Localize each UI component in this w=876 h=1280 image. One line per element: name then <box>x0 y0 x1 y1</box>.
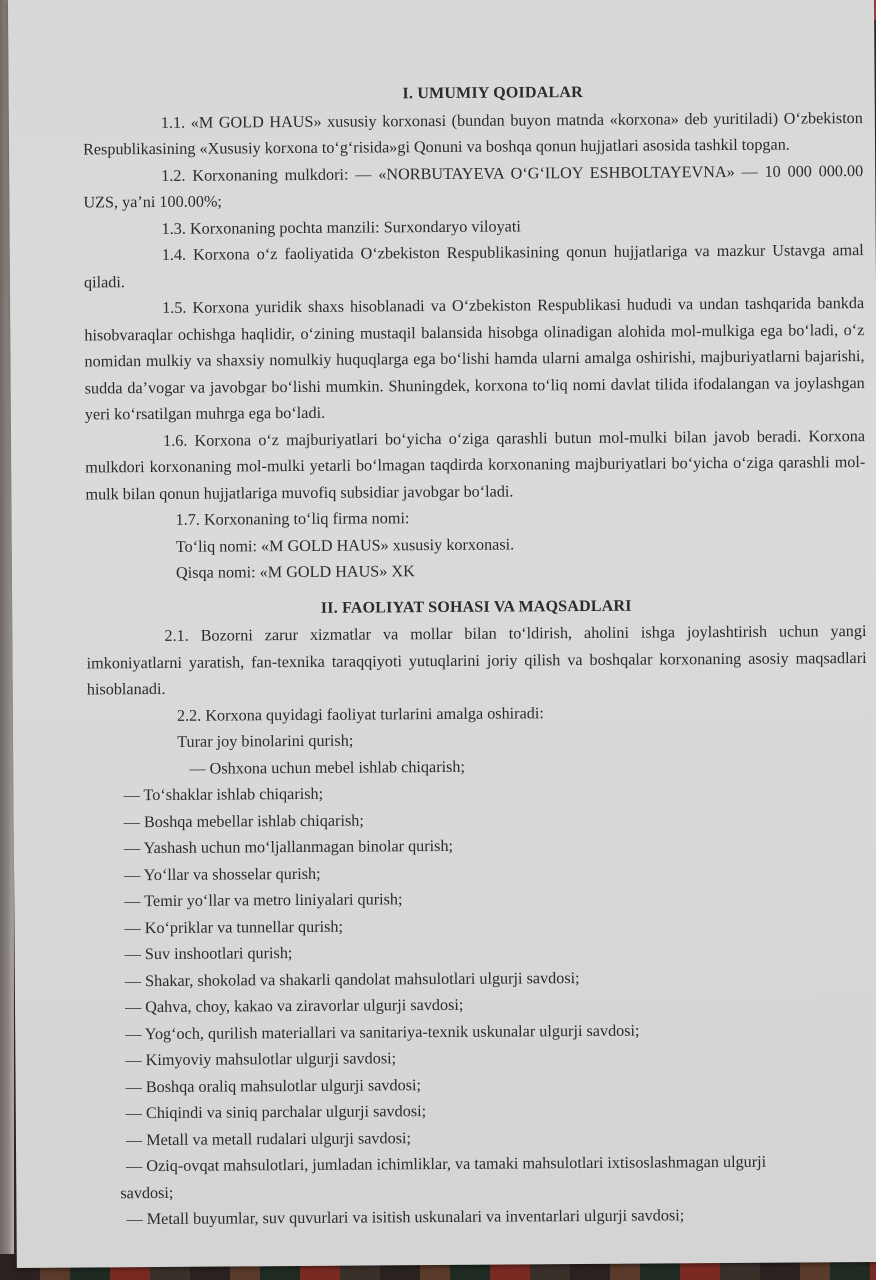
document-page: I. UMUMIY QOIDALAR 1.1. «M GOLD HAUS» xu… <box>8 0 876 1268</box>
clause-1-1: 1.1. «M GOLD HAUS» xususiy korxonasi (bu… <box>83 105 863 163</box>
clause-1-5: 1.5. Korxona yuridik shaxs hisoblanadi v… <box>84 290 865 428</box>
activity-item-wrapped: — Oziq-ovqat mahsulotlari, jumladan ichi… <box>90 1148 870 1180</box>
activity-item: — Metall buyumlar, suv quvurlari va isit… <box>90 1201 870 1233</box>
clause-1-2: 1.2. Korxonaning mulkdori: — «NORBUTAYEV… <box>83 158 863 216</box>
document-content: I. UMUMIY QOIDALAR 1.1. «M GOLD HAUS» xu… <box>83 78 871 1233</box>
short-firm-name: Qisqa nomi: «M GOLD HAUS» XK <box>86 555 866 587</box>
clause-1-6: 1.6. Korxona o‘z majburiyatlari bo‘yicha… <box>85 423 866 508</box>
activity-list: — To‘shaklar ishlab chiqarish;— Boshqa m… <box>87 777 870 1153</box>
clause-1-4: 1.4. Korxona o‘z faoliyatida O‘zbekiston… <box>84 237 864 295</box>
clause-2-1: 2.1. Bozorni zarur xizmatlar va mollar b… <box>86 618 867 703</box>
